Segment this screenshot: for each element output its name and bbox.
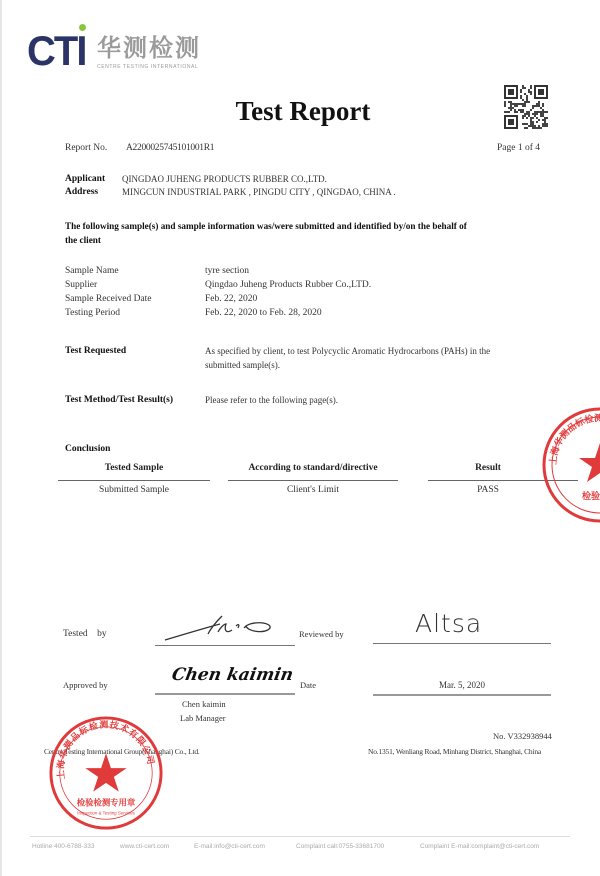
conclusion-header-sample: Tested Sample <box>58 463 210 473</box>
sample-info-label: Testing Period <box>65 308 120 318</box>
conclusion-header-standard: According to standard/directive <box>228 463 398 473</box>
footer-complaint-call: Complaint call:0755-33681700 <box>296 843 384 850</box>
applicant-label: Applicant <box>65 174 105 184</box>
sample-info-label: Sample Received Date <box>65 294 152 304</box>
svg-text:检验检测: 检验检测 <box>582 490 600 502</box>
address-label: Address <box>65 187 98 197</box>
company-address: No.1351, Wenliang Road, Minhang District… <box>368 747 541 756</box>
report-no-value: A2200025745101001R1 <box>126 143 214 153</box>
approved-by-line <box>155 693 295 695</box>
address-value: MINGCUN INDUSTRIAL PARK , PINGDU CITY , … <box>122 187 396 197</box>
reviewed-by-line <box>373 643 551 644</box>
svg-text:检验检测专用章: 检验检测专用章 <box>77 797 136 807</box>
sample-info-value: Feb. 22, 2020 to Feb. 28, 2020 <box>205 308 322 318</box>
approved-by-signature: Chen kaimin <box>170 665 295 685</box>
approved-by-label: Approved by <box>63 680 108 690</box>
certificate-number: No. V332938944 <box>493 731 552 741</box>
sample-info-value: Qingdao Juheng Products Rubber Co.,LTD. <box>205 280 371 290</box>
footer-website[interactable]: www.cti-cert.com <box>120 843 169 850</box>
applicant-value: QINGDAO JUHENG PRODUCTS RUBBER CO.,LTD. <box>122 174 327 184</box>
conclusion-rule <box>228 480 398 481</box>
test-requested-line2: submitted sample(s). <box>205 360 280 370</box>
footer-divider <box>30 836 570 837</box>
date-label: Date <box>300 680 316 690</box>
reviewed-by-label: Reviewed by <box>299 629 344 639</box>
reviewed-by-signature: Altsa <box>415 609 482 638</box>
footer-email[interactable]: E-mail:info@cti-cert.com <box>194 843 265 850</box>
approver-name: Chen kaimin <box>182 699 226 709</box>
sample-info-value: Feb. 22, 2020 <box>205 294 257 304</box>
logo-dot-icon <box>79 24 86 31</box>
official-seal-icon: 上海华测品标检测技术有限公司 检验检测专用章 Inspection & Test… <box>47 714 165 832</box>
approver-title: Lab Manager <box>180 713 226 723</box>
date-value: Mar. 5, 2020 <box>373 680 551 690</box>
conclusion-rule <box>58 480 210 481</box>
logo-chinese: 华测检测 <box>97 35 201 61</box>
conclusion-title: Conclusion <box>65 444 110 454</box>
conclusion-cell-sample: Submitted Sample <box>58 485 210 495</box>
sample-info-value: tyre section <box>205 266 249 276</box>
test-requested-line1: As specified by client, to test Polycycl… <box>205 346 490 356</box>
logo-subtitle: CENTRE TESTING INTERNATIONAL <box>97 64 198 70</box>
logo-cti: CTI <box>27 30 86 72</box>
test-method-label: Test Method/Test Result(s) <box>65 395 173 405</box>
intro-line1: The following sample(s) and sample infor… <box>65 221 467 231</box>
conclusion-header-result: Result <box>428 463 548 473</box>
official-seal-icon: 检验检测 上海华测品标检测技术 <box>540 405 600 525</box>
svg-text:Inspection & Testing Services: Inspection & Testing Services <box>77 810 135 815</box>
tested-by-line <box>155 645 295 646</box>
conclusion-cell-standard: Client's Limit <box>228 485 398 495</box>
sample-info-label: Sample Name <box>65 266 119 276</box>
page-edge <box>0 0 2 876</box>
tested-by-signature <box>160 612 280 644</box>
date-line <box>373 694 551 696</box>
intro-line2: the client <box>65 235 101 245</box>
svg-text:上海华测品标检测技术: 上海华测品标检测技术 <box>547 412 600 466</box>
footer-hotline: Hotline 400-6788-333 <box>32 843 95 850</box>
footer-complaint-email[interactable]: Complaint E-mail:complaint@cti-cert.com <box>420 843 539 850</box>
qr-code-icon <box>504 85 548 129</box>
report-no-label: Report No. <box>65 143 107 153</box>
sample-info-label: Supplier <box>65 280 97 290</box>
page-number: Page 1 of 4 <box>497 143 540 153</box>
test-requested-label: Test Requested <box>65 346 126 356</box>
test-method-value: Please refer to the following page(s). <box>205 395 338 405</box>
tested-by-label: Tested by <box>63 629 107 639</box>
conclusion-cell-result: PASS <box>428 485 548 495</box>
